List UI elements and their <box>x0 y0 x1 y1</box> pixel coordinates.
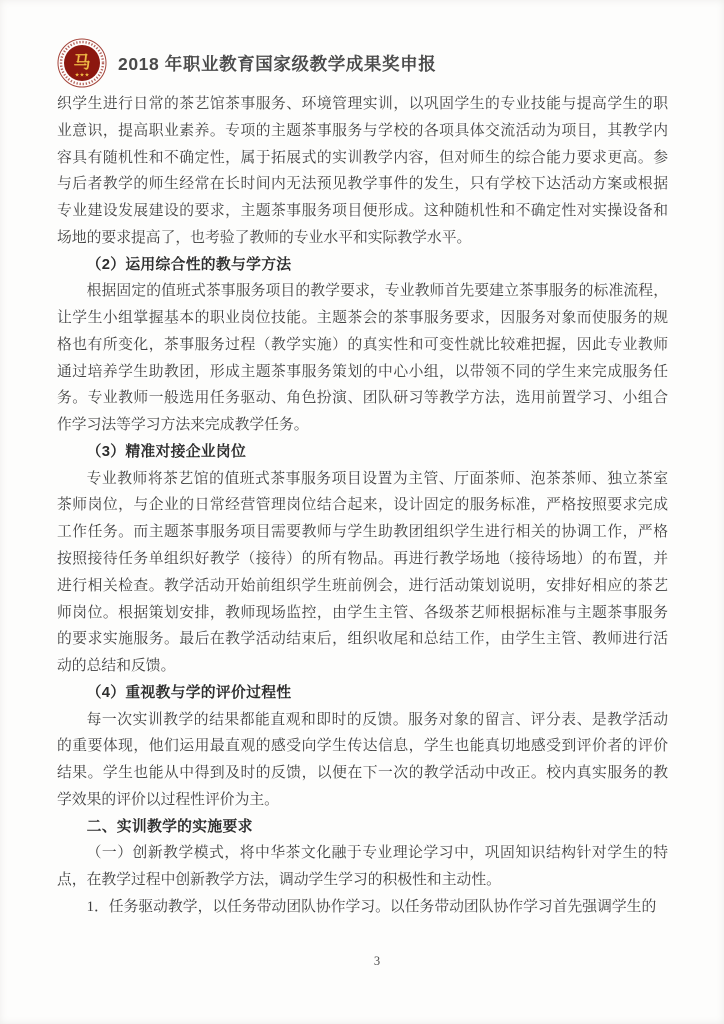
text-line: 专业教师将茶艺馆的值班式茶事服务项目设置为主管、厅面茶师、泡茶茶师、独立茶室 <box>57 466 668 493</box>
subsection-heading: （4）重视教与学的评价过程性 <box>57 680 668 707</box>
text-line: 每一次实训教学的结果都能直观和即时的反馈。服务对象的留言、评分表、是教学活动 <box>57 707 668 734</box>
text-line: 场地的要求提高了，也考验了教师的专业水平和实际教学水平。 <box>57 225 668 252</box>
page-footer: 3 <box>0 952 724 970</box>
text-line: 的要求实施服务。最后在教学活动结束后，组织收尾和总结工作，由学生主管、教师进行活 <box>57 626 668 653</box>
text-line: 业意识，提高职业素养。专项的主题茶事服务与学校的各项具体交流活动为项目，其教学内 <box>57 118 668 145</box>
text-line: 按照接待任务单组织好教学（接待）的所有物品。再进行教学场地（接待场地）的布置，并 <box>57 546 668 573</box>
text-line: 专业建设发展建设的要求，主题茶事服务项目便形成。这种随机性和不确定性对实操设备和 <box>57 198 668 225</box>
text-line: （一）创新教学模式，将中华茶文化融于专业理论学习中，巩固知识结构针对学生的特 <box>57 840 668 867</box>
section-heading: 二、实训教学的实施要求 <box>57 814 668 841</box>
school-seal-horse-icon: 马 ★★★ <box>57 38 107 88</box>
text-line: 务。专业教师一般选用任务驱动、角色扮演、团队研习等教学方法，选用前置学习、小组合 <box>57 385 668 412</box>
page-header: 马 ★★★ 2018 年职业教育国家级教学成果奖申报 <box>57 38 436 88</box>
text-line: 点，在教学过程中创新教学方法，调动学生学习的积极性和主动性。 <box>57 867 668 894</box>
text-line: 的重要体现，他们运用最直观的感受向学生传达信息，学生也能真切地感受到评价者的评价 <box>57 733 668 760</box>
page-number: 3 <box>374 954 380 968</box>
text-line: 进行相关检查。教学活动开始前组织学生班前例会，进行活动策划说明，安排好相应的茶艺 <box>57 573 668 600</box>
subsection-heading: （3）精准对接企业岗位 <box>57 439 668 466</box>
text-line: 动的总结和反馈。 <box>57 653 668 680</box>
text-line: 师岗位。根据策划安排，教师现场监控，由学生主管、各级茶艺师根据标准与主题茶事服务 <box>57 600 668 627</box>
text-line: 学效果的评价以过程性评价为主。 <box>57 787 668 814</box>
text-line: 工作任务。而主题茶事服务项目需要教师与学生助教团组织学生进行相关的协调工作，严格 <box>57 519 668 546</box>
text-line: 1．任务驱动教学，以任务带动团队协作学习。以任务带动团队协作学习首先强调学生的 <box>57 894 668 921</box>
subsection-heading: （2）运用综合性的教与学方法 <box>57 252 668 279</box>
text-line: 作学习法等学习方法来完成教学任务。 <box>57 412 668 439</box>
svg-text:★★★: ★★★ <box>75 72 90 79</box>
text-line: 织学生进行日常的茶艺馆茶事服务、环境管理实训，以巩固学生的专业技能与提高学生的职 <box>57 91 668 118</box>
text-line: 格也有所变化，茶事服务过程（教学实施）的真实性和可变性就比较难把握，因此专业教师 <box>57 332 668 359</box>
document-header-title: 2018 年职业教育国家级教学成果奖申报 <box>118 51 436 76</box>
document-body: 织学生进行日常的茶艺馆茶事服务、环境管理实训，以巩固学生的专业技能与提高学生的职… <box>57 91 668 921</box>
text-line: 根据固定的值班式茶事服务项目的教学要求，专业教师首先要建立茶事服务的标准流程， <box>57 278 668 305</box>
text-line: 容具有随机性和不确定性，属于拓展式的实训教学内容，但对师生的综合能力要求更高。参 <box>57 145 668 172</box>
text-line: 结果。学生也能从中得到及时的反馈，以便在下一次的教学活动中改正。校内真实服务的教 <box>57 760 668 787</box>
document-page: 马 ★★★ 2018 年职业教育国家级教学成果奖申报 织学生进行日常的茶艺馆茶事… <box>0 0 724 1024</box>
text-line: 让学生小组掌握基本的职业岗位技能。主题茶会的茶事服务要求，因服务对象而使服务的规 <box>57 305 668 332</box>
text-line: 茶师岗位，与企业的日常经营管理岗位结合起来，设计固定的服务标准，严格按照要求完成 <box>57 492 668 519</box>
text-line: 通过培养学生助教团，形成主题茶事服务策划的中心小组，以带领不同的学生来完成服务任 <box>57 359 668 386</box>
text-line: 与后者教学的师生经常在长时间内无法预见教学事件的发生，只有学校下达活动方案或根据 <box>57 171 668 198</box>
svg-text:马: 马 <box>74 52 91 73</box>
